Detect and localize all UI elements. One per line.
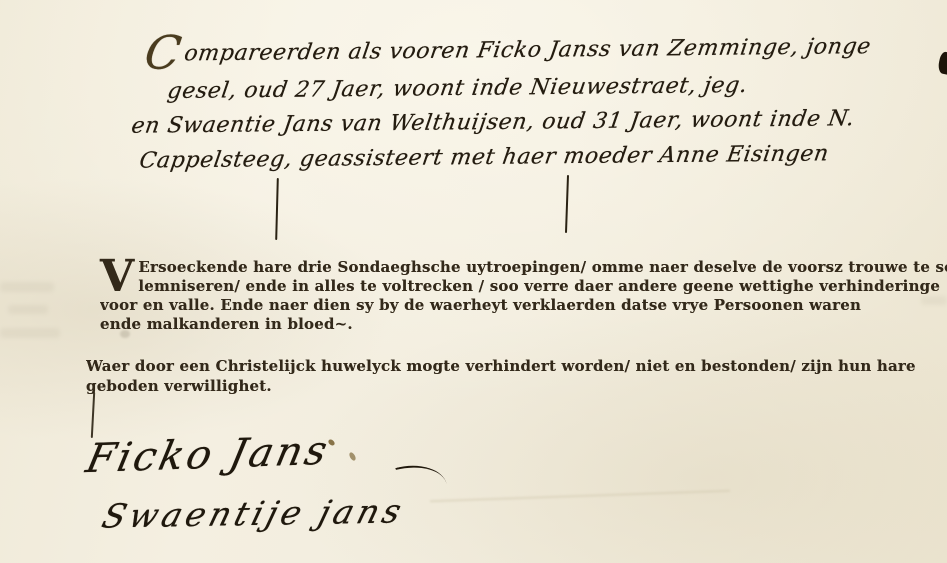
- pen-descender-stroke: [275, 178, 279, 240]
- printed-initial-v: V: [100, 260, 138, 294]
- signature-swaentije-jans: Swaentije jans: [98, 491, 409, 535]
- manuscript-scan: Compareerden als vooren Ficko Janss van …: [0, 0, 947, 563]
- printed-formula-paragraph-1: V Ersoeckende hare drie Sondaeghsche uyt…: [100, 258, 947, 334]
- bleed-through-mark: [8, 305, 48, 314]
- printed-formula-paragraph-2: Waer door een Christelijck huwelyck mogt…: [86, 356, 947, 396]
- printed-line-1: Ersoeckende hare drie Sondaeghsche uytro…: [138, 258, 947, 277]
- printed-line-6: geboden verwillighet.: [86, 376, 947, 396]
- bleed-through-mark: [0, 282, 54, 292]
- entry-line-1-text: ompareerden als vooren Ficko Janss van Z…: [183, 34, 873, 66]
- decorated-initial-c: C: [141, 25, 184, 79]
- printed-line-3: voor en valle. Ende naer dien sy by de w…: [100, 296, 947, 315]
- edge-ink-mark: [937, 51, 947, 75]
- printed-line-5: Waer door een Christelijck huwelyck mogt…: [86, 356, 947, 376]
- entry-line-4: Cappelsteeg, geassisteert met haer moede…: [137, 141, 830, 175]
- printed-line-4: ende malkanderen in bloed~.: [100, 315, 947, 334]
- pen-descender-stroke: [565, 175, 569, 233]
- signature-ficko-jans: Ficko Jans: [82, 428, 334, 482]
- entry-line-3: en Swaentie Jans van Welthuijsen, oud 31…: [129, 106, 856, 140]
- entry-line-1: Compareerden als vooren Ficko Janss van …: [142, 22, 875, 76]
- bleed-through-mark: [921, 296, 947, 305]
- entry-line-2: gesel, oud 27 Jaer, woont inde Nieuwestr…: [166, 73, 750, 105]
- printed-line-2: lemniseren/ ende in alles te voltrecken …: [138, 277, 947, 296]
- bleed-through-mark: [0, 328, 60, 338]
- paper-crease: [430, 490, 730, 502]
- bleed-through-mark: [120, 330, 130, 338]
- stray-pen-stroke: [91, 392, 95, 438]
- ink-blot: [348, 451, 357, 461]
- signature-flourish: [395, 457, 446, 495]
